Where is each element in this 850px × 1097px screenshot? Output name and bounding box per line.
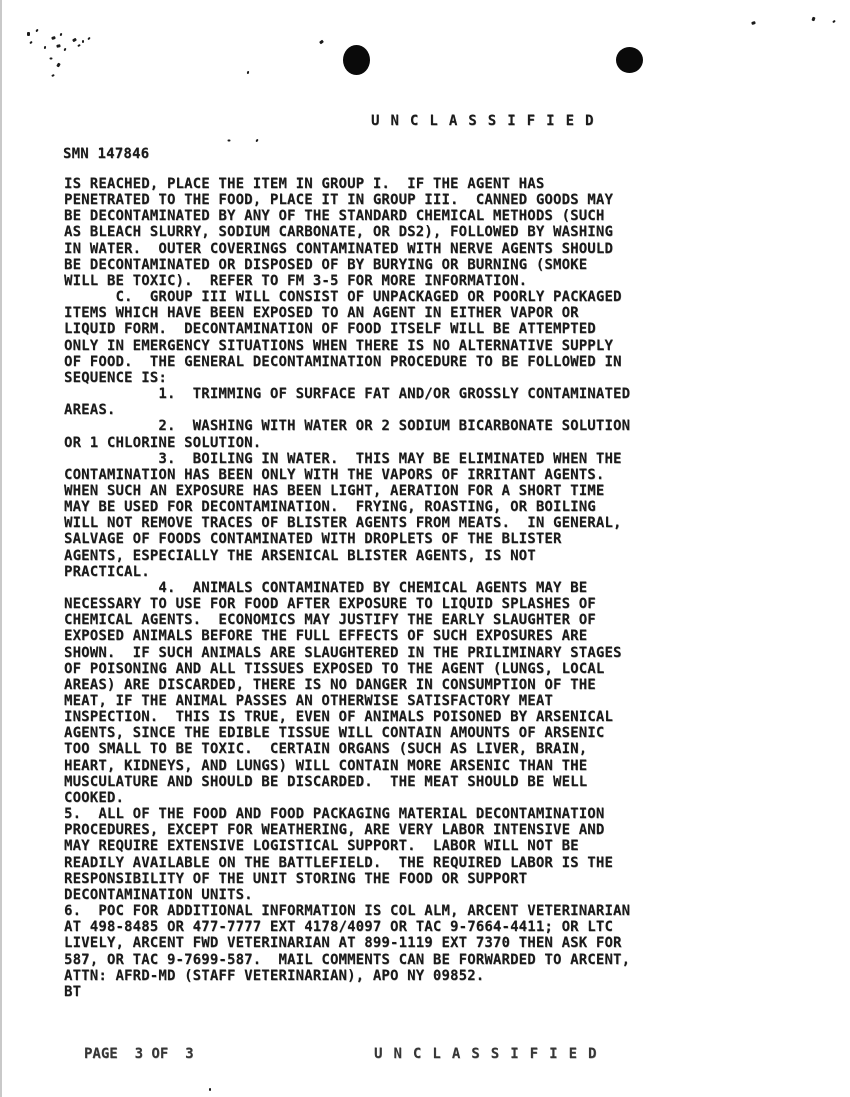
punch-hole-mark-left	[343, 45, 370, 75]
scan-speckle	[29, 41, 33, 45]
page-number-label: PAGE 3 OF 3	[84, 1047, 194, 1059]
message-number: SMN 147846	[63, 146, 149, 162]
scan-speckle	[319, 40, 324, 45]
scan-speckle	[247, 71, 250, 74]
scan-speckle	[751, 21, 756, 25]
scan-speckle	[811, 17, 815, 22]
scan-speckle	[60, 33, 63, 37]
scan-speckle	[63, 48, 66, 52]
scan-speckle	[82, 40, 84, 43]
scan-speckle	[209, 1088, 211, 1091]
scan-speckle	[227, 139, 230, 141]
scan-speckle	[56, 44, 60, 48]
classification-banner-bottom: U N C L A S S I F I E D	[374, 1047, 598, 1059]
scan-speckle	[255, 139, 258, 143]
scan-speckle	[51, 36, 56, 40]
scanned-document-page: U N C L A S S I F I E D SMN 147846 IS RE…	[0, 0, 850, 1097]
scan-speckle	[49, 57, 52, 59]
message-body-text: IS REACHED, PLACE THE ITEM IN GROUP I. I…	[64, 176, 630, 1000]
scan-speckle	[87, 37, 90, 41]
punch-hole-mark-right	[616, 47, 643, 73]
scan-edge-artifact	[0, 0, 2, 1097]
scan-speckle	[44, 46, 46, 49]
scan-speckle	[56, 63, 61, 68]
scan-speckle	[27, 32, 30, 36]
scan-speckle	[35, 29, 38, 33]
footer-page-indicator: PAGE 3 OF 3	[84, 1047, 194, 1059]
classification-banner-bottom-label: U N C L A S S I F I E D	[374, 1047, 598, 1059]
scan-speckle	[51, 74, 55, 77]
scan-speckle	[832, 20, 836, 23]
classification-banner-top: U N C L A S S I F I E D	[371, 113, 595, 129]
scan-speckle	[77, 44, 81, 47]
scan-speckle	[72, 38, 77, 43]
